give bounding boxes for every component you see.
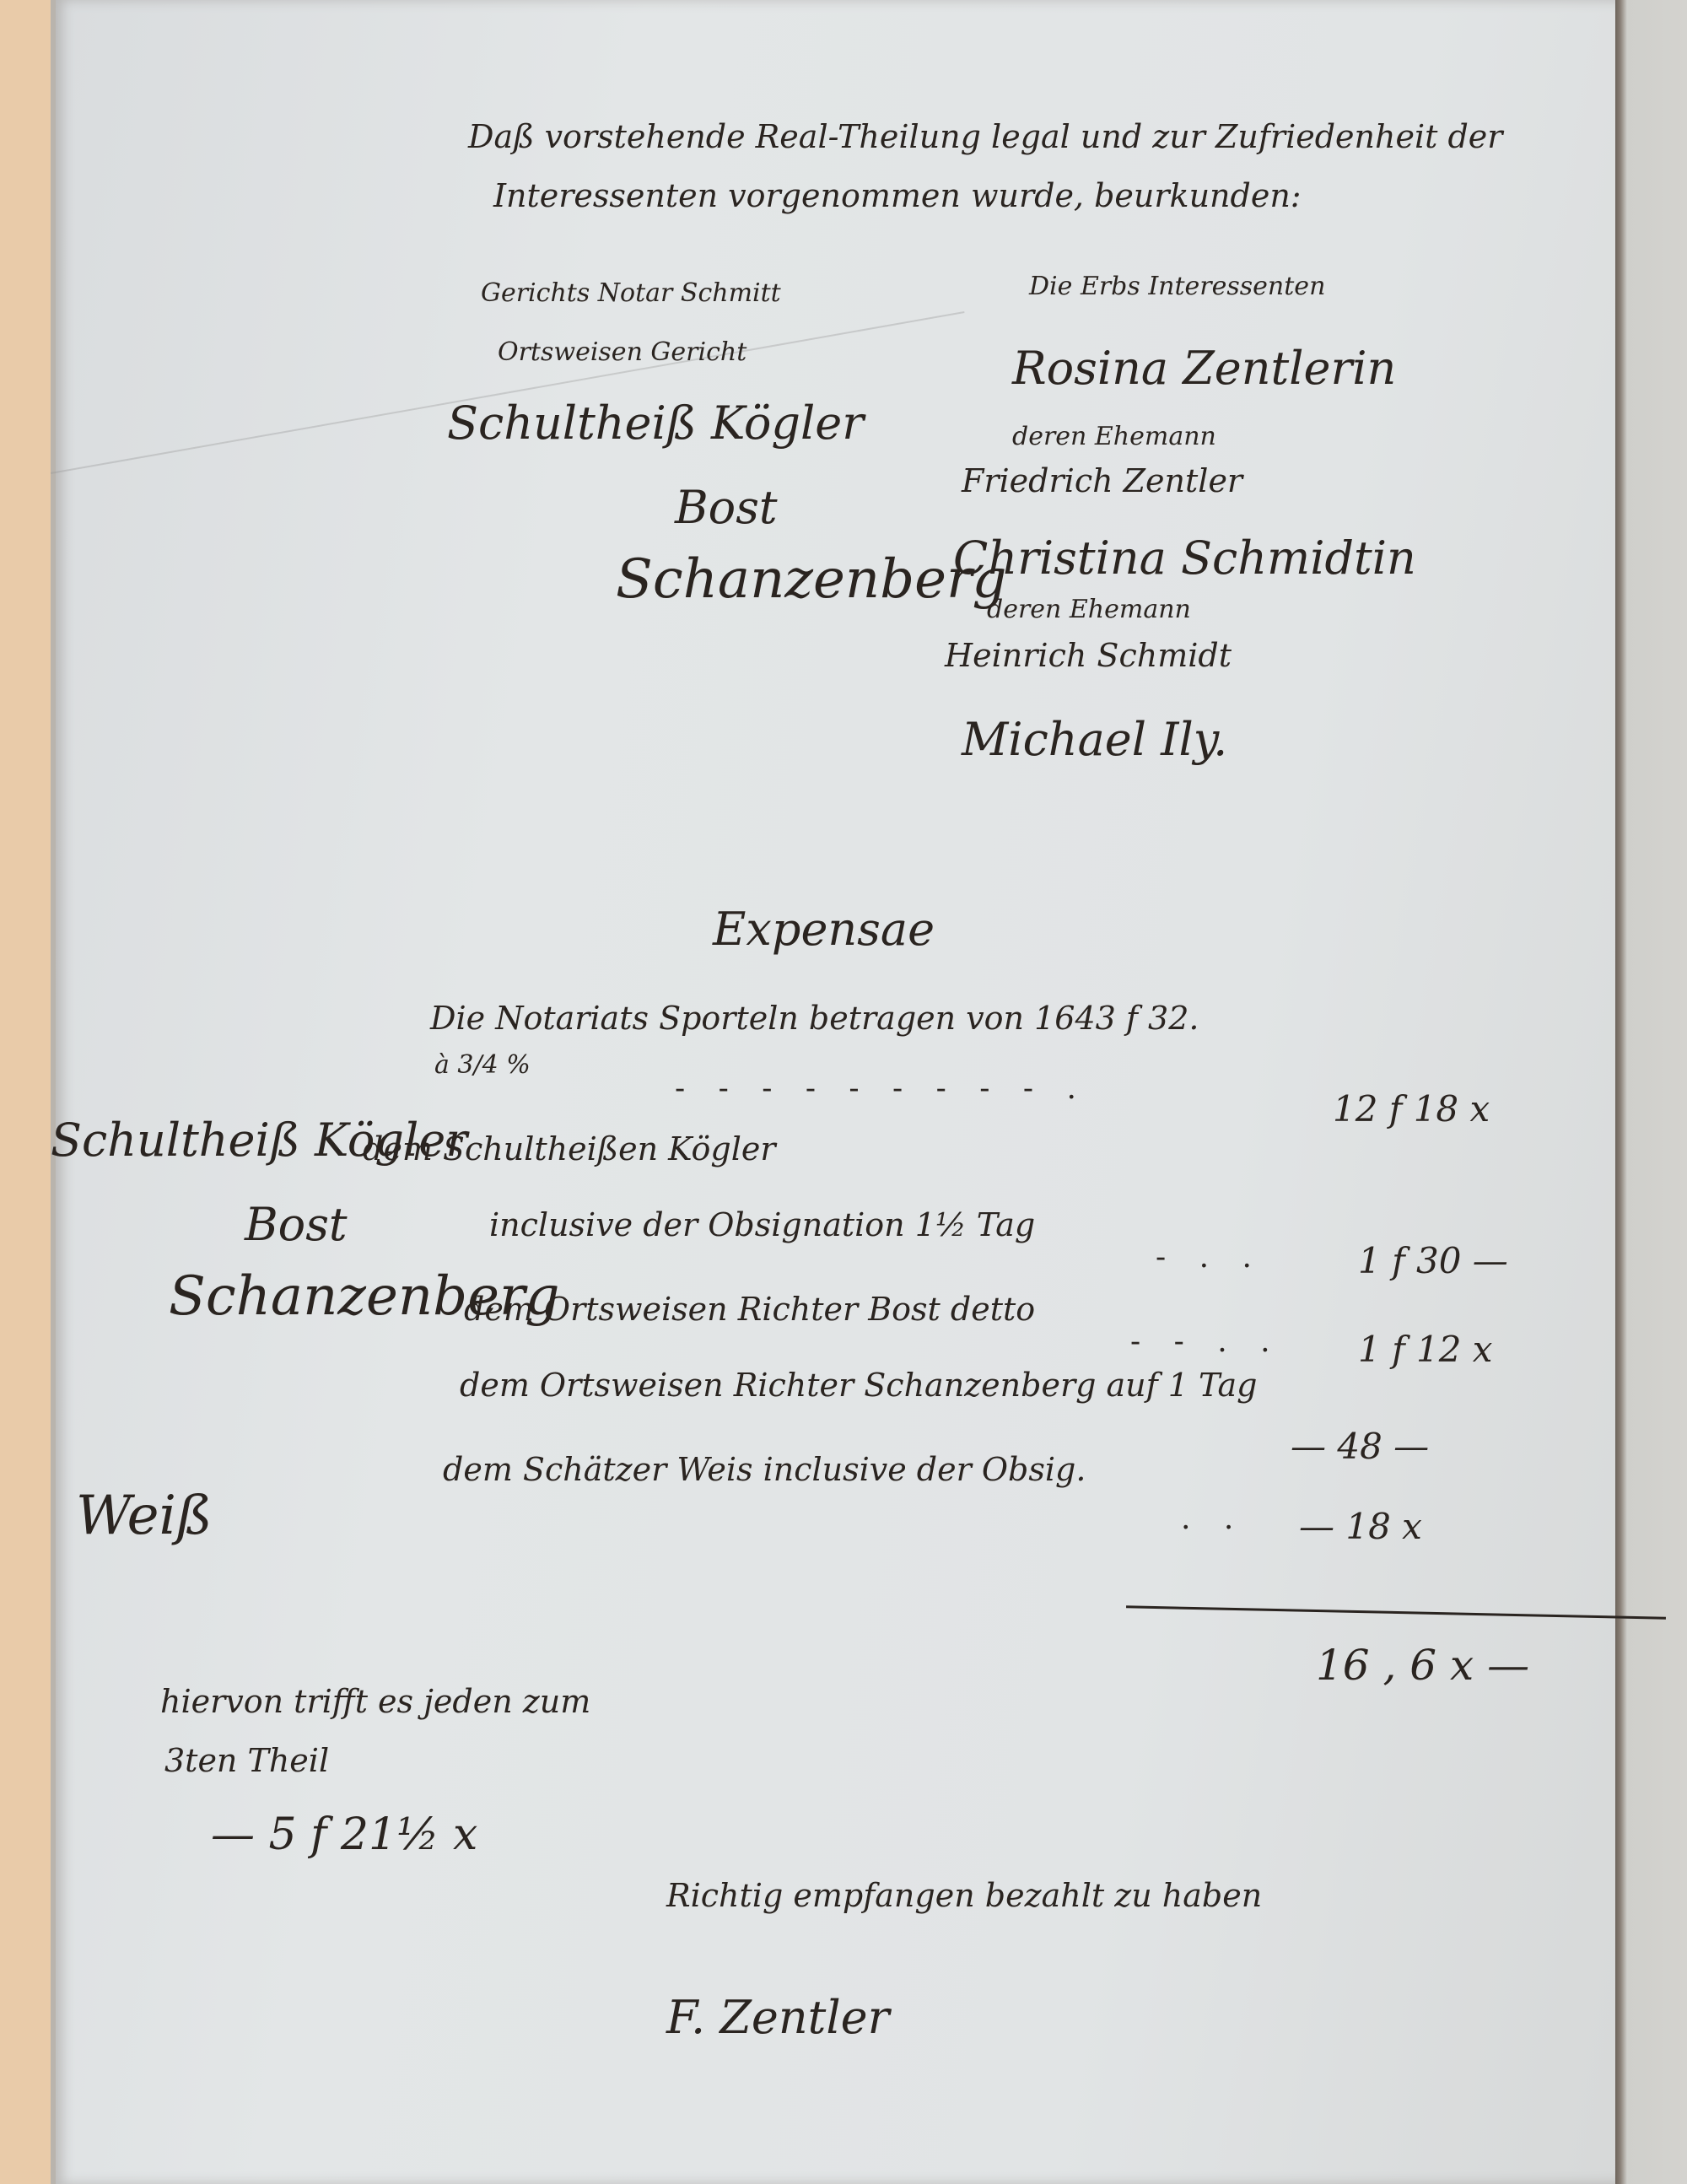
receipt-text: Richtig empfangen bezahlt zu haben <box>666 1877 1262 1914</box>
intro-line-1: Daß vorstehende Real-Theilung legal und … <box>468 118 1502 155</box>
share-note-line-1: hiervon trifft es jeden zum <box>160 1683 590 1720</box>
heir-line-7: Michael Ily. <box>962 713 1227 766</box>
expenses-heading: Expensae <box>713 903 935 956</box>
receipt-signature: F. Zentler <box>666 1991 889 2044</box>
heir-line-1: Rosina Zentlerin <box>1012 342 1396 395</box>
expense-item-3-amount: 1 f 12 x <box>1358 1329 1492 1370</box>
expense-item-1-amount: 12 f 18 x <box>1333 1088 1490 1130</box>
page-binding-edge <box>1615 0 1687 2184</box>
court-subheader: Ortsweisen Gericht <box>498 337 746 367</box>
intro-line-2: Interessenten vorgenommen wurde, beurkun… <box>493 177 1302 214</box>
margin-signature-bost: Bost <box>245 1198 348 1251</box>
heir-line-4: Christina Schmidtin <box>953 531 1416 585</box>
heirs-header: Die Erbs Interessenten <box>1029 272 1325 301</box>
expense-item-1-dots: - - - - - - - - - . <box>675 1071 1088 1106</box>
share-note-line-2: 3ten Theil <box>164 1742 329 1779</box>
margin-signature-weiss: Weiß <box>76 1485 213 1547</box>
expense-item-1-rate: à 3/4 % <box>434 1050 531 1080</box>
expense-item-2-desc-2: inclusive der Obsignation 1½ Tag <box>489 1206 1035 1243</box>
expense-item-2-dots: - . . <box>1156 1240 1264 1275</box>
expense-item-5-amount: — 18 x <box>1299 1506 1422 1547</box>
expense-item-5-desc: dem Schätzer Weis inclusive der Obsig. <box>443 1451 1086 1488</box>
signature-schanzenberg: Schanzenberg <box>616 548 1007 611</box>
expense-item-1-desc: Die Notariats Sporteln betragen von 1643… <box>430 1000 1199 1037</box>
notary-header: Gerichts Notar Schmitt <box>481 278 781 308</box>
signature-koegler: Schultheiß Kögler <box>447 396 864 450</box>
expense-item-4-desc: dem Ortsweisen Richter Schanzenberg auf … <box>460 1367 1257 1404</box>
expense-item-4-amount: — 48 — <box>1291 1426 1429 1467</box>
expense-total: 16 , 6 x — <box>1316 1641 1529 1690</box>
expense-item-3-desc: dem Ortsweisen Richter Bost detto <box>464 1291 1035 1328</box>
expense-item-2-amount: 1 f 30 — <box>1358 1240 1508 1281</box>
share-note-amount: — 5 f 21½ x <box>211 1809 477 1860</box>
heir-line-6: Heinrich Schmidt <box>945 637 1232 674</box>
signature-bost: Bost <box>675 481 778 534</box>
heir-line-2: deren Ehemann <box>1012 422 1216 451</box>
heir-line-5: deren Ehemann <box>987 595 1191 624</box>
expense-item-3-dots: - - . . <box>1130 1324 1282 1359</box>
expense-item-2-desc: dem Schultheißen Kögler <box>363 1130 776 1167</box>
expense-item-5-dots: . . <box>1181 1502 1245 1536</box>
heir-line-3: Friedrich Zentler <box>962 462 1242 499</box>
